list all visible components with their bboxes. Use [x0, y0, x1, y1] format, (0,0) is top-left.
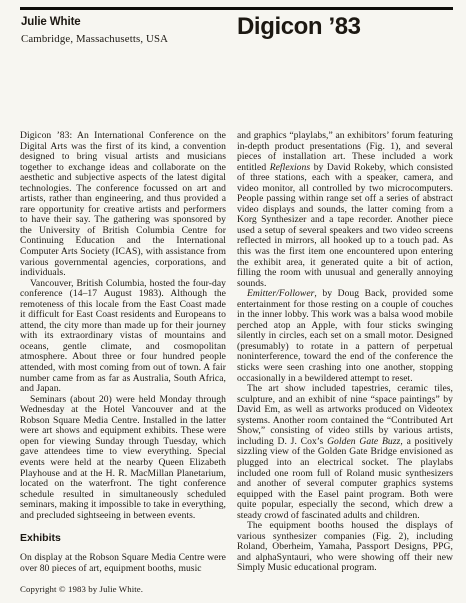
paragraph-venue: Vancouver, British Columbia, hosted the … [20, 279, 226, 395]
paragraph-seminars: Seminars (about 20) were held Monday thr… [20, 395, 226, 522]
journal-page: Julie White Cambridge, Massachusetts, US… [0, 0, 466, 603]
paragraph-emitter-follower: Emitter/Follower, by Doug Back, provided… [237, 289, 453, 384]
work-title-golden-gate-buzz: Golden Gate Buzz [327, 436, 400, 447]
author-name: Julie White [21, 16, 81, 28]
section-heading-exhibits: Exhibits [20, 532, 226, 544]
paragraph-exhibits-start: On display at the Robson Square Media Ce… [20, 553, 226, 574]
paragraph-art-show: The art show included tapestries, cerami… [237, 384, 453, 521]
right-column: and graphics “playlabs,” an exhibitors’ … [237, 131, 453, 574]
paragraph-equipment-booths: The equipment booths housed the displays… [237, 521, 453, 574]
left-column: Digicon ’83: An International Conference… [20, 131, 226, 574]
article-title: Digicon ’83 [237, 13, 361, 41]
text-segment: , a positively sizzling view of the Gold… [237, 436, 453, 521]
header-rule [20, 7, 453, 10]
paragraph-exhibits-continued: and graphics “playlabs,” an exhibitors’ … [237, 131, 453, 289]
author-affiliation: Cambridge, Massachusetts, USA [21, 33, 168, 45]
text-segment: by David Rokeby, which consisted of thre… [237, 162, 453, 289]
text-segment: , by Doug Back, provided some entertainm… [237, 288, 453, 383]
work-title-emitter-follower: Emitter/Follower [247, 288, 314, 299]
copyright-notice: Copyright © 1983 by Julie White. [20, 584, 143, 594]
paragraph-intro: Digicon ’83: An International Conference… [20, 131, 226, 279]
article-body: Digicon ’83: An International Conference… [20, 131, 453, 574]
work-title-reflexions: Reflexions [270, 162, 310, 173]
